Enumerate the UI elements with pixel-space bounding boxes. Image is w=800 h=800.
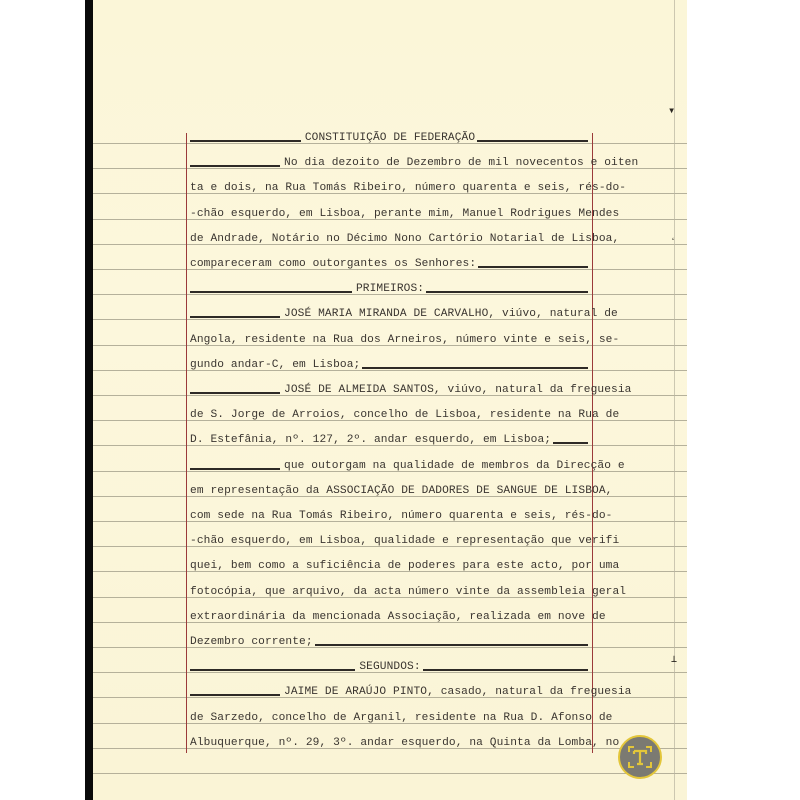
filler-dash (426, 291, 588, 293)
filler-dash (190, 468, 280, 470)
line-text: Angola, residente na Rua dos Arneiros, n… (190, 333, 619, 347)
text-line: quei, bem como a suficiência de poderes … (190, 553, 590, 573)
filler-dash (190, 165, 280, 167)
filler-dash (477, 140, 588, 142)
page-mark-top: ▾ (668, 103, 675, 118)
page-mark-bottom: ⊥ (671, 654, 677, 666)
text-line: D. Estefânia, nº. 127, 2º. andar esquerd… (190, 427, 590, 447)
line-text: -chão esquerdo, em Lisboa, perante mim, … (190, 207, 619, 221)
page-mark-smudge: ʻ (670, 238, 676, 249)
filler-dash (190, 140, 301, 142)
text-line: Angola, residente na Rua dos Arneiros, n… (190, 327, 590, 347)
line-text: SEGUNDOS: (359, 660, 420, 674)
line-text: No dia dezoito de Dezembro de mil novece… (284, 156, 638, 170)
text-line: Albuquerque, nº. 29, 3º. andar esquerdo,… (190, 730, 590, 750)
filler-dash (553, 442, 588, 444)
line-text: extraordinária da mencionada Associação,… (190, 610, 606, 624)
line-text: -chão esquerdo, em Lisboa, qualidade e r… (190, 534, 619, 548)
filler-dash (315, 644, 588, 646)
line-text: gundo andar-C, em Lisboa; (190, 358, 360, 372)
text-line: Dezembro corrente; (190, 629, 590, 649)
text-line: ta e dois, na Rua Tomás Ribeiro, número … (190, 175, 590, 195)
filler-dash (190, 291, 352, 293)
text-scan-button[interactable] (618, 735, 662, 779)
filler-dash (423, 669, 588, 671)
text-line: JAIME DE ARAÚJO PINTO, casado, natural d… (190, 679, 590, 699)
line-text: compareceram como outorgantes os Senhore… (190, 257, 476, 271)
line-text: D. Estefânia, nº. 127, 2º. andar esquerd… (190, 433, 551, 447)
text-line: de Sarzedo, concelho de Arganil, residen… (190, 705, 590, 725)
text-line: que outorgam na qualidade de membros da … (190, 453, 590, 473)
line-text: JOSÉ DE ALMEIDA SANTOS, viúvo, natural d… (284, 383, 632, 397)
line-text: CONSTITUIÇÃO DE FEDERAÇÃO (305, 131, 475, 145)
line-text: JAIME DE ARAÚJO PINTO, casado, natural d… (284, 685, 632, 699)
text-line: JOSÉ DE ALMEIDA SANTOS, viúvo, natural d… (190, 377, 590, 397)
text-line: em representação da ASSOCIAÇÃO DE DADORE… (190, 478, 590, 498)
text-line: extraordinária da mencionada Associação,… (190, 604, 590, 624)
text-line: No dia dezoito de Dezembro de mil novece… (190, 150, 590, 170)
line-text: Dezembro corrente; (190, 635, 313, 649)
section-heading: SEGUNDOS: (190, 654, 590, 674)
right-margin-line (592, 133, 593, 753)
text-line: de S. Jorge de Arroios, concelho de Lisb… (190, 402, 590, 422)
line-text: ta e dois, na Rua Tomás Ribeiro, número … (190, 181, 626, 195)
line-text: PRIMEIROS: (356, 282, 424, 296)
text-line: de Andrade, Notário no Décimo Nono Cartó… (190, 226, 590, 246)
ruled-line (93, 773, 687, 774)
filler-dash (362, 367, 588, 369)
line-text: em representação da ASSOCIAÇÃO DE DADORE… (190, 484, 612, 498)
text-line: com sede na Rua Tomás Ribeiro, número qu… (190, 503, 590, 523)
scan-edge-shadow (85, 0, 93, 800)
text-line: -chão esquerdo, em Lisboa, perante mim, … (190, 201, 590, 221)
filler-dash (190, 694, 280, 696)
left-margin-line (186, 133, 187, 753)
text-line: JOSÉ MARIA MIRANDA DE CARVALHO, viúvo, n… (190, 301, 590, 321)
line-text: de Andrade, Notário no Décimo Nono Cartó… (190, 232, 619, 246)
line-text: Albuquerque, nº. 29, 3º. andar esquerdo,… (190, 736, 619, 750)
document-title: CONSTITUIÇÃO DE FEDERAÇÃO (190, 125, 590, 145)
filler-dash (190, 669, 355, 671)
line-text: JOSÉ MARIA MIRANDA DE CARVALHO, viúvo, n… (284, 307, 618, 321)
line-text: quei, bem como a suficiência de poderes … (190, 559, 619, 573)
line-text: com sede na Rua Tomás Ribeiro, número qu… (190, 509, 612, 523)
filler-dash (190, 392, 280, 394)
line-text: de S. Jorge de Arroios, concelho de Lisb… (190, 408, 619, 422)
section-heading: PRIMEIROS: (190, 276, 590, 296)
text-scan-icon (625, 742, 655, 772)
right-rule (674, 0, 675, 800)
line-text: de Sarzedo, concelho de Arganil, residen… (190, 711, 612, 725)
filler-dash (190, 316, 280, 318)
line-text: fotocópia, que arquivo, da acta número v… (190, 585, 626, 599)
text-line: gundo andar-C, em Lisboa; (190, 352, 590, 372)
text-line: -chão esquerdo, em Lisboa, qualidade e r… (190, 528, 590, 548)
text-line: fotocópia, que arquivo, da acta número v… (190, 579, 590, 599)
filler-dash (478, 266, 588, 268)
line-text: que outorgam na qualidade de membros da … (284, 459, 625, 473)
text-line: compareceram como outorgantes os Senhore… (190, 251, 590, 271)
